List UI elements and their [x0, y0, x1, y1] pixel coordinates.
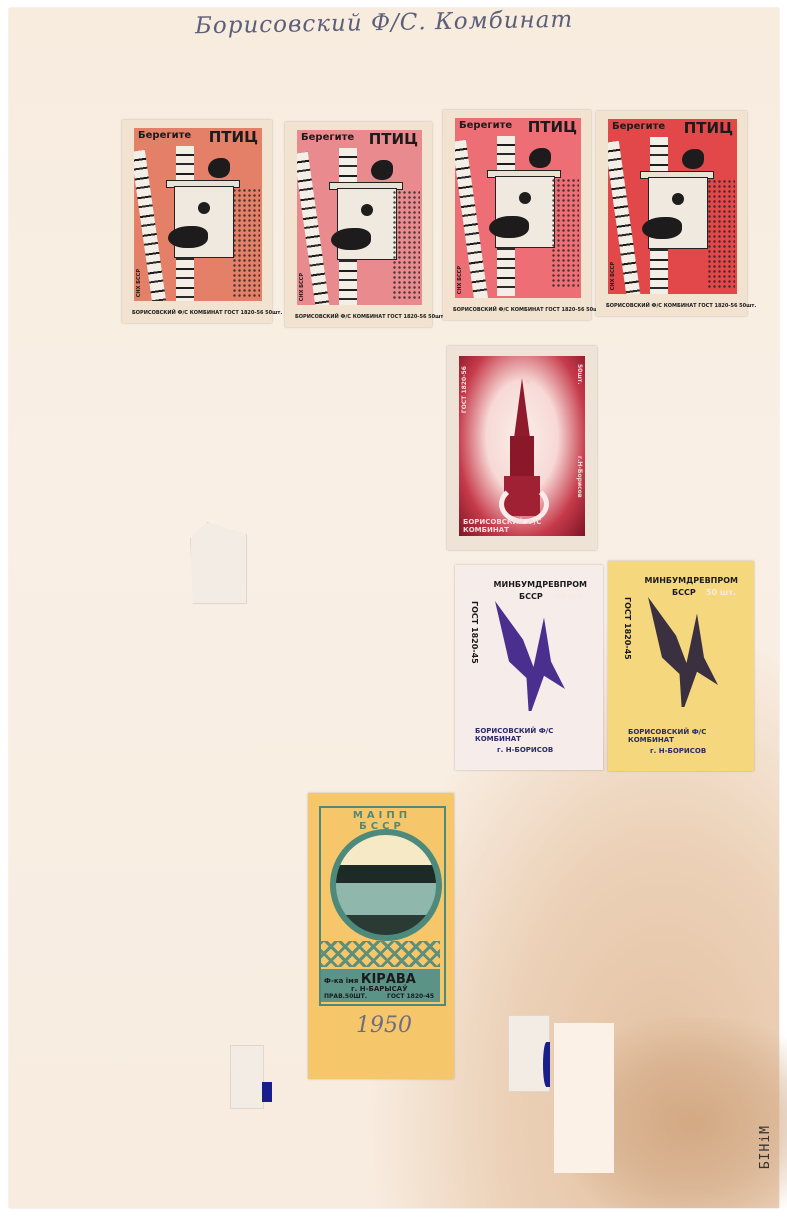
kirava-prefix: Ф-ка імя: [324, 977, 358, 985]
matchbox-label-crane: МИНБУМДРЕВПРОМ БССР 50 шт. ГОСТ 1820-45 …: [455, 565, 603, 770]
heading-large: ПТИЦ: [209, 128, 258, 146]
footer-text: БОРИСОВСКИЙ Ф/С КОМБИНАТ ГОСТ 1820-56 50…: [453, 307, 603, 313]
hinge-remnant: [190, 522, 247, 604]
matchbox-label-birds: Берегите ПТИЦ СНХ БССР БОРИСОВСКИЙ Ф/С К…: [443, 110, 591, 320]
kirava-gost: ГОСТ 1820-45: [387, 993, 434, 1000]
footer-text: БОРИСОВСКИЙ Ф/С КОМБИНАТ ГОСТ 1820-56 50…: [295, 314, 445, 320]
crane-count: 50 шт.: [555, 592, 585, 601]
starling-icon: [642, 217, 682, 239]
footer-text: БОРИСОВСКИЙ Ф/С КОМБИНАТ ГОСТ 1820-56 50…: [606, 303, 756, 309]
crane-top: МИНБУМДРЕВПРОМ: [645, 576, 738, 585]
year-annotation: 1950: [356, 1013, 412, 1038]
crane-footer-1: БОРИСОВСКИЙ Ф/С КОМБИНАТ: [475, 727, 591, 743]
side-text: СНХ БССР: [610, 262, 616, 290]
starling-icon: [208, 158, 230, 178]
hinge-blue-fragment: [543, 1042, 550, 1087]
heading-small: Берегите: [301, 132, 354, 143]
matchbox-label-birds: Берегите ПТИЦ СНХ БССР БОРИСОВСКИЙ Ф/С К…: [596, 111, 747, 316]
starling-icon: [529, 148, 551, 168]
heading-small: Берегите: [612, 121, 665, 132]
matchbox-label-crane: МИНБУМДРЕВПРОМ БССР 50 шт. ГОСТ 1820-45 …: [608, 561, 754, 771]
crane-side: ГОСТ 1820-45: [623, 597, 632, 660]
starling-icon: [682, 149, 704, 169]
heading-small: Берегите: [138, 130, 191, 141]
kremlin-side-left: ГОСТ 1820-56: [461, 366, 468, 413]
kremlin-tower-icon: [514, 378, 530, 438]
kremlin-side-right: г.Н-Борисов: [576, 456, 583, 498]
starling-icon: [371, 160, 393, 180]
crane-sub: БССР: [672, 588, 696, 597]
crane-count: 50 шт.: [706, 588, 736, 597]
crane-side: ГОСТ 1820-45: [470, 601, 479, 664]
lake-landscape-vignette: [330, 829, 442, 941]
paper-cutout: [554, 1023, 614, 1173]
heading-large: ПТИЦ: [684, 119, 733, 137]
kremlin-count: 50шт.: [576, 364, 583, 384]
hinge-blue-fragment: [262, 1082, 272, 1102]
crane-bird-icon: [648, 597, 718, 707]
heading-large: ПТИЦ: [528, 118, 577, 136]
crane-bird-icon: [495, 601, 565, 711]
kremlin-footer: БОРИСОВСКИЙ Ф/С КОМБИНАТ: [463, 518, 585, 534]
starling-icon: [331, 228, 371, 250]
footer-text: БОРИСОВСКИЙ Ф/С КОМБИНАТ ГОСТ 1820-56 50…: [132, 310, 282, 316]
kirava-city: г. Н-БАРЫСАЎ: [351, 985, 408, 993]
side-text: СНХ БССР: [299, 273, 305, 301]
kirava-banner: Ф-ка імя КІРАВА г. Н-БАРЫСАЎ ПРАВ.50ШТ. …: [321, 969, 440, 1002]
heading-small: Берегите: [459, 120, 512, 131]
crane-top: МИНБУМДРЕВПРОМ: [494, 580, 587, 589]
crane-sub: БССР: [519, 592, 543, 601]
matchbox-label-birds: Берегите ПТИЦ СНХ БССР БОРИСОВСКИЙ Ф/С К…: [285, 122, 432, 327]
starling-icon: [489, 216, 529, 238]
matchbox-label-kremlin: ★ БОРИСОВСКИЙ Ф/С КОМБИНАТ ГОСТ 1820-56 …: [447, 346, 597, 550]
heading-large: ПТИЦ: [369, 130, 418, 148]
ornament-band: [321, 941, 440, 967]
crane-footer-2: г. Н-БОРИСОВ: [650, 747, 706, 755]
matchbox-label-birds: Берегите ПТИЦ СНХ БССР БОРИСОВСКИЙ Ф/С К…: [122, 120, 272, 323]
side-text: СНХ БССР: [136, 269, 142, 297]
starling-icon: [168, 226, 208, 248]
hinge-remnant: [230, 1045, 264, 1109]
side-text: СНХ БССР: [457, 266, 463, 294]
crane-footer-1: БОРИСОВСКИЙ Ф/С КОМБИНАТ: [628, 728, 742, 744]
crane-footer-2: г. Н-БОРИСОВ: [497, 746, 553, 754]
kirava-count: ПРАВ.50ШТ.: [324, 993, 367, 1000]
matchbox-label-kirava: МАІПП БССР Ф-ка імя КІРАВА г. Н-БАРЫСАЎ …: [308, 793, 454, 1079]
watermark: БІНіМ: [758, 1125, 773, 1169]
